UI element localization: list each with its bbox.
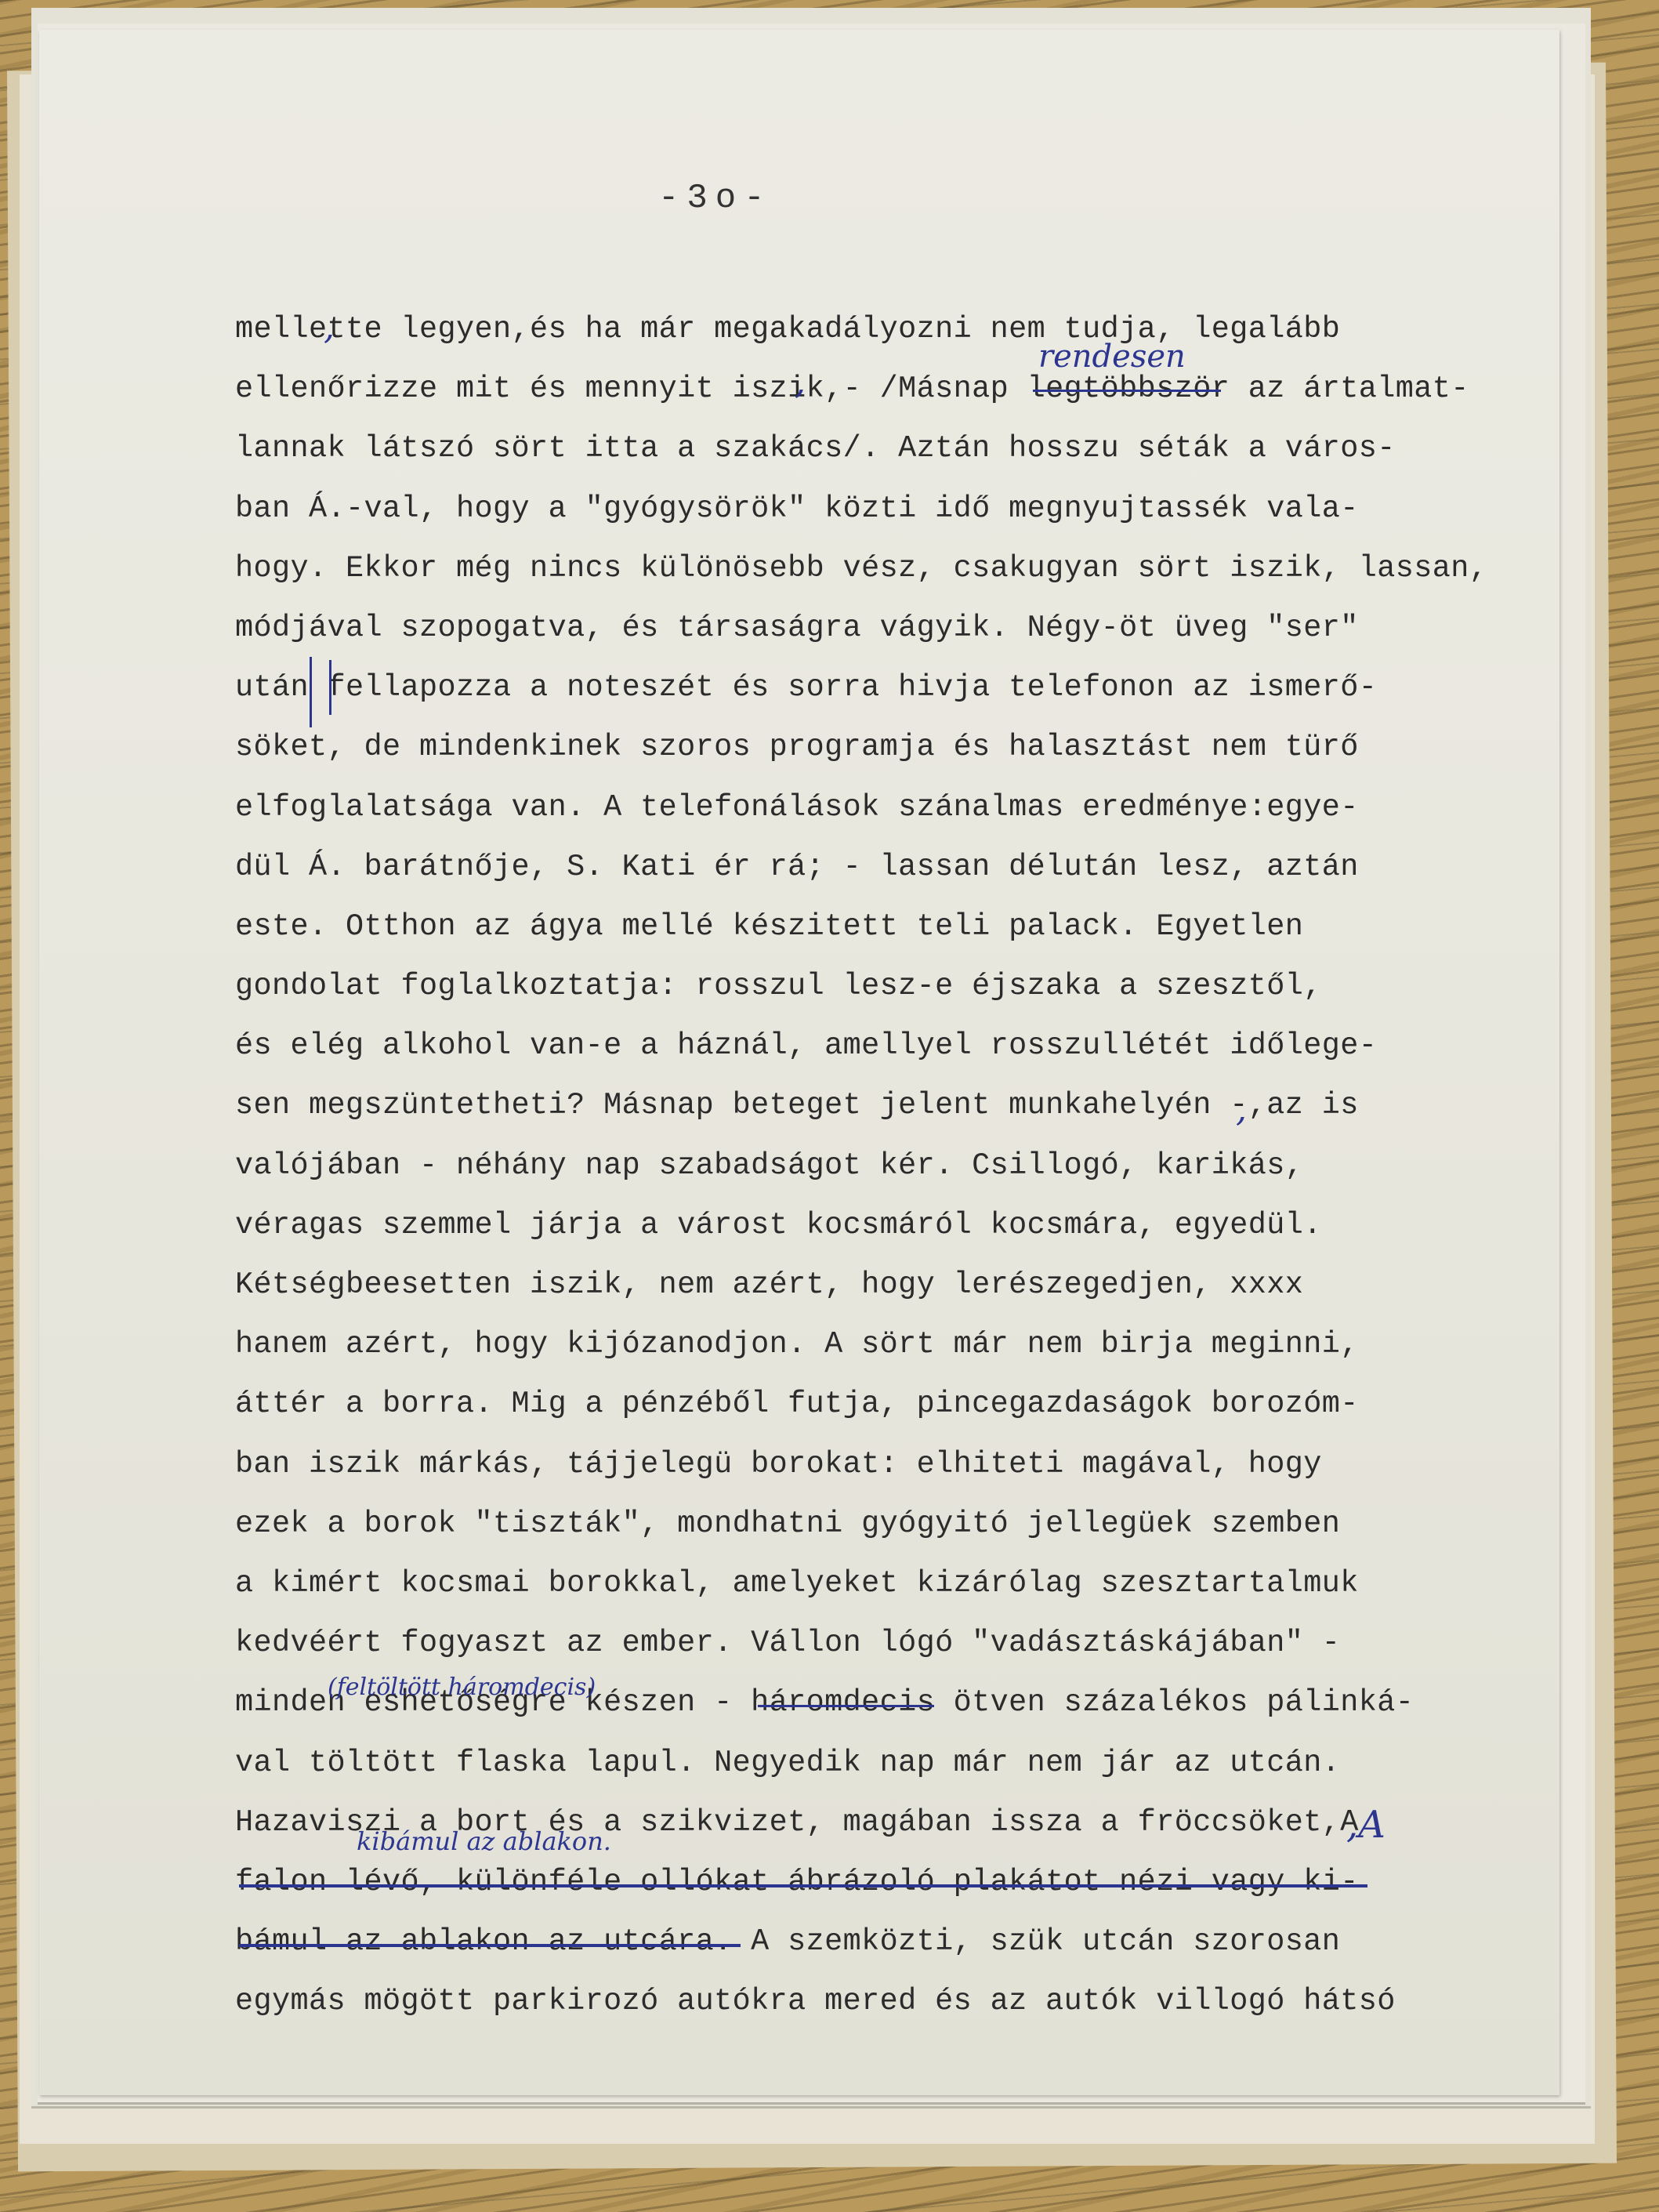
strikethrough-line [758,1705,934,1707]
typed-line: hogy. Ekkor még nincs különösebb vész, c… [235,538,1552,598]
typed-line: ban iszik márkás, tájjelegü borokat: elh… [235,1434,1552,1494]
typed-line: ban Á.-val, hogy a "gyógysörök" közti id… [235,479,1552,538]
typed-line: módjával szopogatva, és társaságra vágyi… [235,598,1552,658]
strikethrough-line [1033,390,1221,392]
typed-line: este. Otthon az ágya mellé készitett tel… [235,897,1552,956]
typed-line: véragas szemmel járja a várost kocsmáról… [235,1195,1552,1255]
page-number: -3o- [658,179,773,218]
handwritten-comma-a-mark: ,A [1346,1803,1386,1847]
typed-body-text: mellette legyen,és ha már megakadályozni… [235,299,1552,2031]
typed-line: ellenőrizze mit és mennyit iszik,- /Másn… [235,359,1552,419]
handwritten-insertion-rendesen: rendesen [1038,339,1186,375]
typed-line: ezek a borok "tiszták", mondhatni gyógyi… [235,1494,1552,1554]
typed-line: után fellapozza a noteszét és sorra hivj… [235,658,1552,717]
typed-line: lannak látszó sört itta a szakács/. Aztá… [235,419,1552,478]
handwritten-comma-mark: , [1236,1090,1247,1130]
strikethrough-line [239,1944,741,1947]
strikethrough-line [239,1884,1367,1887]
transposition-mark [329,660,331,715]
typed-line: dül Á. barátnője, S. Kati ér rá; - lassa… [235,837,1552,897]
typed-line: hanem azért, hogy kijózanodjon. A sört m… [235,1315,1552,1374]
typed-line: Kétségbeesetten iszik, nem azért, hogy l… [235,1255,1552,1315]
transposition-mark [310,657,312,727]
typed-line: söket, de mindenkinek szoros programja é… [235,717,1552,777]
typed-line: bámul az ablakon az utcára. A szemközti,… [235,1912,1552,1971]
typed-line: valójában - néhány nap szabadságot kér. … [235,1136,1552,1195]
typed-line: a kimért kocsmai borokkal, amelyeket kiz… [235,1554,1552,1613]
typed-line: mellette legyen,és ha már megakadályozni… [235,299,1552,359]
typed-line: és elég alkohol van-e a háznál, amellyel… [235,1016,1552,1075]
typed-line: elfoglalatsága van. A telefonálások szán… [235,778,1552,837]
handwritten-insertion-kibamul: kibámul az ablakon. [357,1826,611,1856]
handwritten-insertion-feltoltott: (feltöltött háromdecis) [328,1674,596,1701]
typed-line: gondolat foglalkoztatja: rosszul lesz-e … [235,956,1552,1016]
typed-line: egymás mögött parkirozó autókra mered és… [235,1971,1552,2031]
typed-line: falon lévő, különféle ollókat ábrázoló p… [235,1852,1552,1912]
typed-line: kedvéért fogyaszt az ember. Vállon lógó … [235,1613,1552,1673]
handwritten-comma-mark: , [324,307,335,347]
typed-line: sen megszüntetheti? Másnap beteget jelen… [235,1075,1552,1135]
handwritten-comma-mark: , [795,362,806,402]
typed-line: áttér a borra. Mig a pénzéből futja, pin… [235,1374,1552,1434]
typed-line: val töltött flaska lapul. Negyedik nap m… [235,1733,1552,1793]
